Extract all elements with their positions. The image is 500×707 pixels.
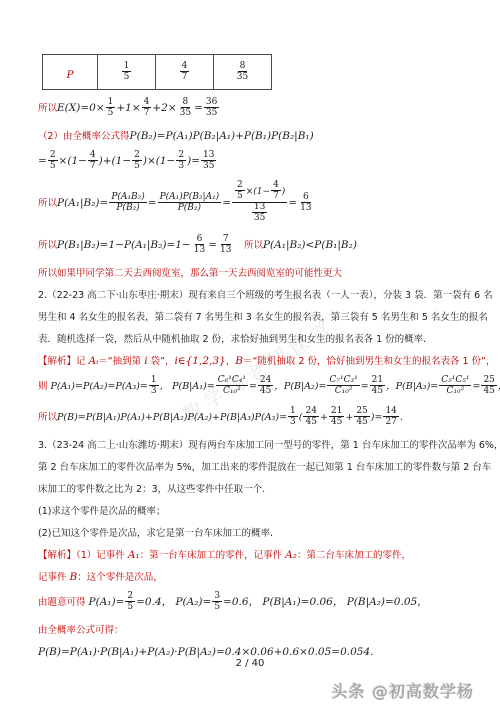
q2-statement-line3: 表．随机选择一袋，然后从中随机抽取 2 份，求恰好抽到男生和女生的报名表各 1 …: [38, 332, 468, 347]
math-run: =: [38, 155, 47, 167]
text-run: 36: [206, 97, 217, 107]
table-row-label-cell: P: [43, 55, 98, 90]
math-run: =: [288, 197, 297, 209]
q2-statement-line2: 男生和 4 名女生的报名表，第二袋有 7 名男生和 3 名女生的报名表，第三袋有…: [38, 310, 468, 325]
text-run: 2.（22-23 高二下·山东枣庄·期末）现有来自三个班级的考生报名表（一人一表…: [38, 290, 493, 301]
fraction: C₇¹C₃¹C₁₀²: [327, 375, 359, 396]
probability-table: P 15 47 835: [42, 54, 272, 90]
fraction: 47: [180, 61, 190, 82]
math-run: Aᵢ: [89, 355, 99, 367]
fraction: 13: [149, 375, 159, 396]
text-run: 3.（23-24 高二上·山东潍坊·期末）现有两台车床加工同一型号的零件，第 1…: [38, 440, 500, 451]
text-run: 13: [203, 150, 214, 160]
math-run: =: [361, 381, 369, 392]
text-run: 5: [127, 602, 133, 612]
text-run: 3: [178, 161, 184, 171]
text-run: 2: [178, 150, 184, 160]
text-run: 13: [194, 245, 205, 255]
math-run: =: [472, 381, 480, 392]
fraction: 1335: [252, 202, 267, 223]
text-run: 所以: [38, 412, 57, 423]
math-run: =0.4， P(A₂)=: [136, 596, 211, 608]
math-run: P(B₂): [178, 203, 201, 213]
q3-part1: (1)求这个零件是次品的概率；: [38, 504, 468, 519]
text-run: 21: [372, 375, 383, 385]
total-probability-calc: =25×(1−47)+(1−25)×(1−23)=1335: [38, 151, 468, 172]
text-run: 4: [273, 180, 279, 190]
text-run: 45: [305, 417, 316, 427]
row-label: P: [66, 69, 73, 81]
text-run: 【解析】（1）记事件: [38, 550, 128, 561]
math-run: E(X)=0×: [57, 102, 105, 114]
text-run: 35: [254, 213, 265, 223]
math-run: ×(1−: [246, 187, 270, 197]
math-run: C₅¹C₅¹: [441, 375, 469, 385]
fraction: 47: [88, 150, 98, 171]
text-run: 25: [356, 406, 367, 416]
text-run: 【解析】记: [38, 356, 89, 367]
text-run: 所以: [38, 198, 57, 209]
text-run: 24: [260, 375, 271, 385]
text-run: 3: [290, 417, 296, 427]
text-run: 3: [214, 591, 220, 601]
text-run: ：第二台车床加工的零件，: [297, 550, 411, 561]
math-run: ，P(B|A₃)=: [386, 381, 438, 392]
total-probability-formula: （2）由全概率公式得P(B₂)=P(A₁)P(B₂|A₁)+P(B₁)P(B₂|…: [38, 129, 468, 144]
math-run: P(A₁)P(B₂|A₁): [160, 192, 220, 202]
math-run: B: [235, 355, 243, 367]
fraction: C₆¹C₄¹C₁₀²: [216, 375, 248, 396]
text-run: 袋”，: [148, 356, 175, 367]
text-run: 所以: [244, 240, 263, 251]
fraction: 613: [192, 234, 207, 255]
table-cell: 835: [214, 55, 272, 90]
text-run: 1: [290, 406, 296, 416]
math-run: .: [400, 412, 403, 423]
q3-statement-line3: 床加工的零件数之比为 2：3，从这些零件中任取一个.: [38, 482, 468, 497]
math-run: )+(1−: [99, 155, 131, 167]
text-run: 35: [206, 108, 217, 118]
text-run: 由题意可得: [38, 597, 89, 608]
fraction: 25×(1−47)1335: [232, 181, 287, 224]
page-number: 2 / 40: [0, 658, 500, 669]
document-page: 数学杨老师课堂 P 15 47 835 所以E(X)=0×15+1×47+2×8…: [0, 0, 500, 707]
math-run: =: [148, 197, 157, 209]
text-run: 5: [50, 161, 56, 171]
math-run: (: [299, 412, 303, 423]
text-run: 21: [331, 406, 342, 416]
math-run: =: [222, 197, 231, 209]
text-run: ：这个零件是次品，: [77, 572, 163, 583]
fraction: 1335: [201, 150, 216, 171]
text-run: 25: [483, 375, 494, 385]
fraction: P(A₁)P(B₂|A₁)P(B₂): [158, 192, 222, 213]
math-run: )×(1−: [143, 155, 175, 167]
fraction: 713: [218, 234, 233, 255]
bottom-right-watermark: 头条 @初高数学杨: [331, 679, 474, 702]
fraction: 1427: [383, 406, 398, 427]
text-run: 记事件: [38, 572, 70, 583]
text-run: 5: [124, 72, 130, 82]
text-run: 所以: [38, 240, 57, 251]
text-run: 4: [182, 61, 188, 71]
math-run: )=: [371, 412, 383, 423]
text-run: 所以: [38, 103, 57, 114]
text-run: 8: [183, 97, 189, 107]
text-run: 7: [273, 191, 279, 201]
text-run: 6: [197, 234, 203, 244]
fraction: 2145: [329, 406, 344, 427]
math-run: P(B)=P(B|A₁)P(A₁)+P(B|A₂)P(A₂)+P(B|A₃)P(…: [57, 412, 287, 423]
text-run: 7: [223, 234, 229, 244]
text-run: 45: [372, 386, 383, 396]
text-run: 男生和 4 名女生的报名表，第二袋有 7 名男生和 3 名女生的报名表，第三袋有…: [38, 312, 488, 323]
text-run: 45: [483, 386, 494, 396]
text-run: 4: [90, 150, 96, 160]
text-run: 45: [356, 417, 367, 427]
text-run: 2: [134, 150, 140, 160]
q2-conditional-probs: 则 P(A₁)=P(A₂)=P(A₃)=13， P(B|A₁)=C₆¹C₄¹C₁…: [38, 376, 468, 397]
math-run: A₂: [285, 549, 297, 561]
text-run: (1)求这个零件是次品的概率；: [38, 506, 165, 517]
text-run: 27: [385, 417, 396, 427]
math-run: +1×: [116, 102, 140, 114]
text-run: （2）由全概率公式得: [38, 131, 130, 142]
math-run: =: [208, 239, 217, 251]
fraction: P(A₁B₂)P(B₂): [109, 192, 146, 213]
fraction: 2545: [481, 375, 496, 396]
q3-analysis-line1: 【解析】（1）记事件 A₁：第一台车床加工的零件，记事件 A₂：第二台车床加工的…: [38, 548, 468, 563]
math-run: P(B₂): [116, 203, 139, 213]
text-run: 13: [254, 202, 265, 212]
text-run: 2: [127, 591, 133, 601]
text-run: 35: [180, 108, 191, 118]
fraction: 835: [235, 61, 250, 82]
fraction: 25: [132, 150, 142, 171]
text-run: [234, 240, 244, 251]
text-run: 床加工的零件数之比为 2：3，从这些零件中任取一个.: [38, 484, 265, 495]
text-run: 6: [303, 192, 309, 202]
text-run: 表．随机选择一袋，然后从中随机抽取 2 份，求恰好抽到男生和女生的报名表各 1 …: [38, 334, 433, 345]
q3-statement-line2: 第 2 台车床加工的零件次品率为 5%，加工出来的零件混放在一起已知第 1 台车…: [38, 460, 468, 475]
text-run: 由全概率公式可得：: [38, 625, 124, 636]
fraction: 3635: [204, 97, 219, 118]
text-run: 2: [237, 180, 243, 190]
text-run: ＝“抽到第: [98, 356, 144, 367]
math-run: C₇¹C₃¹: [329, 375, 357, 385]
math-run: C₁₀²: [447, 386, 465, 396]
fraction: 25: [235, 180, 245, 201]
text-run: 1: [108, 97, 114, 107]
math-run: +: [345, 412, 353, 423]
complement-formula: 所以P(B₁|B₂)=1−P(A₁|B₂)=1−613=713 所以P(A₁|B…: [38, 235, 468, 256]
fraction: 613: [298, 192, 313, 213]
math-run: ，P(B|A₂)=: [274, 381, 326, 392]
table-cell: 15: [98, 55, 156, 90]
text-run: 35: [237, 72, 248, 82]
fraction: 13: [288, 406, 298, 427]
text-run: 13: [220, 245, 231, 255]
expectation-formula: 所以E(X)=0×15+1×47+2×835=3635: [38, 98, 468, 119]
text-run: 7: [182, 72, 188, 82]
math-run: ×(1−: [59, 155, 87, 167]
q3-part2: (2)已知这个零件是次品，求它是第一台车床加工的概率.: [38, 526, 468, 541]
text-run: 7: [144, 108, 150, 118]
fraction: 2445: [258, 375, 273, 396]
text-run: 5: [108, 108, 114, 118]
math-run: A₁: [128, 549, 140, 561]
fraction: 2445: [303, 406, 318, 427]
q3-formula-label: 由全概率公式可得：: [38, 623, 468, 638]
text-run: 5: [214, 602, 220, 612]
math-run: P(B)=P(A₁)·P(B|A₁)+P(A₂)·P(B|A₂)=0.4×0.0…: [38, 646, 374, 658]
math-run: C₁₀²: [335, 386, 353, 396]
text-run: 45: [331, 417, 342, 427]
q3-given-values: 由题意可得 P(A₁)=25=0.4， P(A₂)=35=0.6， P(B|A₁…: [38, 592, 468, 613]
text-run: 4: [144, 97, 150, 107]
text-run: 24: [305, 406, 316, 416]
text-run: 1: [151, 375, 157, 385]
q2-statement-line1: 2.（22-23 高二下·山东枣庄·期末）现有来自三个班级的考生报名表（一人一表…: [38, 288, 468, 303]
math-run: =: [249, 381, 257, 392]
math-run: P(A₁)=P(A₂)=P(A₃)=: [51, 381, 148, 392]
table-cell: 47: [156, 55, 214, 90]
solution-lines: 所以E(X)=0×15+1×47+2×835=3635（2）由全概率公式得P(B…: [38, 98, 468, 660]
math-run: C₆¹C₄¹: [218, 375, 246, 385]
text-run: 5: [134, 161, 140, 171]
math-run: +: [320, 412, 328, 423]
fraction: 47: [142, 97, 152, 118]
table-row: P 15 47 835: [43, 55, 272, 90]
bayes-formula: 所以P(A₁|B₂)=P(A₁B₂)P(B₂)=P(A₁)P(B₂|A₁)P(B…: [38, 182, 468, 225]
math-run: i∈{1,2,3}: [175, 355, 226, 367]
text-run: 1: [124, 61, 130, 71]
fraction: C₅¹C₅¹C₁₀²: [439, 375, 471, 396]
text-run: 14: [385, 406, 396, 416]
fraction: 2545: [354, 406, 369, 427]
math-run: P(B₂)=P(A₁)P(B₂|A₁)+P(B₁)P(B₂|B₁): [130, 130, 314, 142]
text-run: (2)已知这个零件是次品，求它是第一台车床加工的概率.: [38, 528, 273, 539]
page-content: P 15 47 835 所以E(X)=0×15+1×47+2×835=3635（…: [38, 54, 468, 667]
text-run: 5: [237, 191, 243, 201]
math-run: P(A₁)=: [89, 596, 125, 608]
math-run: P(A₁|B₂)=: [57, 197, 108, 209]
math-run: P(A₁B₂): [111, 192, 144, 202]
math-run: ， P(B|A₁)=: [160, 381, 215, 392]
text-run: 2: [50, 150, 56, 160]
text-run: ＝“随机抽取 2 份，恰好抽到男生和女生的报名表各 1 份”，: [243, 356, 496, 367]
fraction: 2145: [370, 375, 385, 396]
fraction: 15: [106, 97, 116, 118]
text-run: ：第一台车床加工的零件，记事件: [140, 550, 286, 561]
math-run: ): [282, 187, 286, 197]
conclusion-text: 所以如果甲同学第二天去西阅览室，那么第一天去西阅览室的可能性更大: [38, 266, 468, 281]
q2-total-probability: 所以P(B)=P(B|A₁)P(A₁)+P(B|A₂)P(A₂)+P(B|A₃)…: [38, 407, 468, 428]
fraction: 25: [125, 591, 135, 612]
text-run: 35: [203, 161, 214, 171]
text-run: 7: [90, 161, 96, 171]
q3-analysis-line2: 记事件 B：这个零件是次品，: [38, 570, 468, 585]
text-run: 第 2 台车床加工的零件次品率为 5%，加工出来的零件混放在一起已知第 1 台车…: [38, 462, 491, 473]
fraction: 835: [178, 97, 193, 118]
text-run: 45: [260, 386, 271, 396]
math-run: P(B₁|B₂)=1−P(A₁|B₂)=1−: [57, 239, 191, 251]
text-run: 8: [240, 61, 246, 71]
fraction: 15: [122, 61, 132, 82]
q3-statement-line1: 3.（23-24 高二上·山东潍坊·期末）现有两台车床加工同一型号的零件，第 1…: [38, 438, 468, 453]
text-run: ，: [226, 356, 236, 367]
math-run: C₁₀²: [223, 386, 241, 396]
math-run: P(A₁|B₂)<P(B₁|B₂): [263, 239, 357, 251]
math-run: =0.6， P(B|A₁)=0.06， P(B|A₂)=0.05，: [223, 596, 428, 608]
fraction: 47: [271, 180, 281, 201]
math-run: +2×: [152, 102, 176, 114]
math-run: )=: [187, 155, 200, 167]
text-run: 所以如果甲同学第二天去西阅览室，那么第一天去西阅览室的可能性更大: [38, 268, 342, 279]
text-run: 3: [151, 386, 157, 396]
text-run: 则: [38, 381, 51, 392]
fraction: 23: [176, 150, 186, 171]
fraction: 25: [48, 150, 58, 171]
text-run: 13: [300, 203, 311, 213]
fraction: 35: [212, 591, 222, 612]
math-run: =: [194, 102, 203, 114]
q2-analysis: 【解析】记 Aᵢ＝“抽到第 i 袋”，i∈{1,2,3}，B＝“随机抽取 2 份…: [38, 354, 468, 369]
